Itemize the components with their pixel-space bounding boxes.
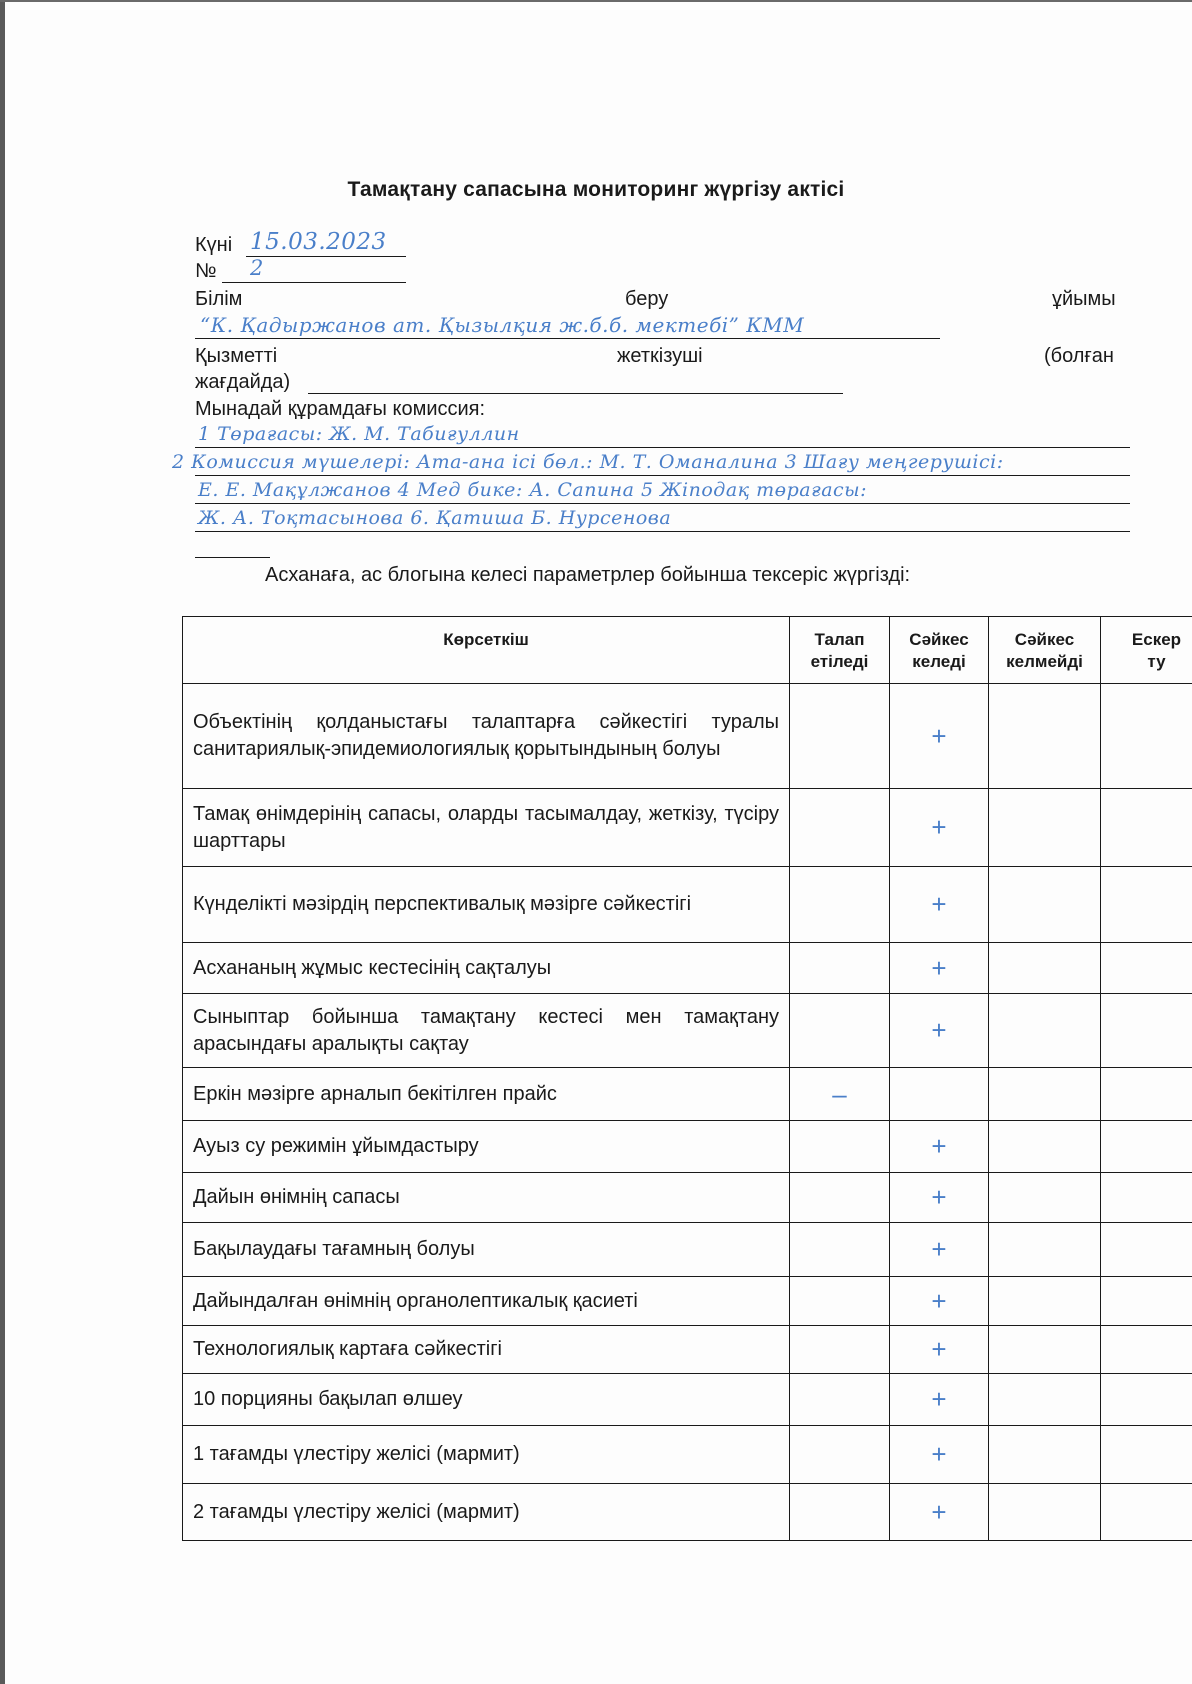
note-cell[interactable] — [1101, 1374, 1192, 1426]
date-underline — [246, 256, 406, 257]
required-cell[interactable] — [790, 1277, 890, 1326]
org-label-3: ұйымы — [1052, 287, 1116, 311]
scan-border-top — [0, 0, 1192, 2]
note-cell[interactable] — [1101, 943, 1192, 994]
complies-cell[interactable]: + — [890, 1121, 989, 1173]
number-value[interactable]: 2 — [250, 255, 264, 281]
commission-underline-3 — [195, 503, 1130, 504]
org-label-2: беру — [625, 287, 668, 311]
monitoring-table: Көрсеткіш Талапетіледі Сәйкескеледі Сәйк… — [182, 616, 1192, 1541]
indicator-cell: Объектінің қолданыстағы талаптарға сәйке… — [183, 684, 790, 789]
table-row: Бақылаудағы тағамның болуы+ — [183, 1223, 1192, 1277]
note-cell[interactable] — [1101, 1484, 1192, 1541]
indicator-cell: Күнделікті мәзірдің перспективалық мәзір… — [183, 867, 790, 943]
note-cell[interactable] — [1101, 1277, 1192, 1326]
required-cell[interactable] — [790, 1374, 890, 1426]
note-cell[interactable] — [1101, 867, 1192, 943]
table-row: Еркін мәзірге арналып бекітілген прайс– — [183, 1068, 1192, 1121]
note-cell[interactable] — [1101, 1173, 1192, 1223]
supplier-label-1: Қызметті — [195, 344, 277, 368]
table-row: 10 порцияны бақылап өлшеу+ — [183, 1374, 1192, 1426]
required-cell[interactable] — [790, 1121, 890, 1173]
table-row: Дайын өнімнің сапасы+ — [183, 1173, 1192, 1223]
org-underline — [195, 338, 940, 339]
indicator-cell: 1 тағамды үлестіру желісі (мармит) — [183, 1426, 790, 1484]
table-row: Ауыз су режимін ұйымдастыру+ — [183, 1121, 1192, 1173]
indicator-cell: 2 тағамды үлестіру желісі (мармит) — [183, 1484, 790, 1541]
complies-cell[interactable]: + — [890, 1326, 989, 1374]
table-row: Күнделікті мәзірдің перспективалық мәзір… — [183, 867, 1192, 943]
complies-cell[interactable]: + — [890, 1223, 989, 1277]
indicator-cell: Ауыз су режимін ұйымдастыру — [183, 1121, 790, 1173]
table-row: Технологиялық картаға сәйкестігі+ — [183, 1326, 1192, 1374]
supplier-label-3: (болған — [1044, 344, 1114, 368]
table-row: Асхананың жұмыс кестесінің сақталуы+ — [183, 943, 1192, 994]
required-cell[interactable]: – — [790, 1068, 890, 1121]
complies-cell[interactable]: + — [890, 1173, 989, 1223]
indicator-cell: Еркін мәзірге арналып бекітілген прайс — [183, 1068, 790, 1121]
not-complies-cell[interactable] — [989, 1277, 1101, 1326]
supplier-label-cont: жағдайда) — [195, 370, 290, 394]
table-row: Сыныптар бойынша тамақтану кестесі мен т… — [183, 994, 1192, 1068]
required-cell[interactable] — [790, 1484, 890, 1541]
not-complies-cell[interactable] — [989, 1223, 1101, 1277]
commission-line-1[interactable]: 1 Төрағасы: Ж. М. Табиғуллин — [198, 421, 520, 447]
note-cell[interactable] — [1101, 1068, 1192, 1121]
complies-cell[interactable]: + — [890, 1426, 989, 1484]
note-cell[interactable] — [1101, 1223, 1192, 1277]
table-row: Объектінің қолданыстағы талаптарға сәйке… — [183, 684, 1192, 789]
complies-cell[interactable]: + — [890, 789, 989, 867]
note-cell[interactable] — [1101, 684, 1192, 789]
not-complies-cell[interactable] — [989, 684, 1101, 789]
supplier-label-2: жеткізуші — [617, 344, 703, 368]
complies-cell[interactable]: + — [890, 1277, 989, 1326]
number-label: № — [195, 259, 216, 283]
supplier-underline — [308, 393, 843, 394]
not-complies-cell[interactable] — [989, 1326, 1101, 1374]
not-complies-cell[interactable] — [989, 1484, 1101, 1541]
complies-cell[interactable] — [890, 1068, 989, 1121]
commission-label: Мынадай құрамдағы комиссия: — [195, 397, 485, 421]
not-complies-cell[interactable] — [989, 1426, 1101, 1484]
not-complies-cell[interactable] — [989, 1374, 1101, 1426]
note-cell[interactable] — [1101, 789, 1192, 867]
note-cell[interactable] — [1101, 1426, 1192, 1484]
date-value[interactable]: 15.03.2023 — [250, 229, 387, 255]
org-label-1: Білім — [195, 287, 242, 311]
complies-cell[interactable]: + — [890, 867, 989, 943]
indicator-cell: Асхананың жұмыс кестесінің сақталуы — [183, 943, 790, 994]
note-cell[interactable] — [1101, 1121, 1192, 1173]
complies-cell[interactable]: + — [890, 1484, 989, 1541]
scan-border-left — [0, 0, 5, 1684]
commission-line-3[interactable]: Е. Е. Мақұлжанов 4 Мед бике: А. Сапина 5… — [198, 477, 867, 503]
indicator-cell: Технологиялық картаға сәйкестігі — [183, 1326, 790, 1374]
table-header-row: Көрсеткіш Талапетіледі Сәйкескеледі Сәйк… — [183, 617, 1192, 684]
number-underline — [222, 282, 406, 283]
table-row: 1 тағамды үлестіру желісі (мармит)+ — [183, 1426, 1192, 1484]
header-required: Талапетіледі — [790, 617, 890, 684]
commission-underline-short — [195, 557, 270, 558]
not-complies-cell[interactable] — [989, 943, 1101, 994]
required-cell[interactable] — [790, 867, 890, 943]
commission-line-2[interactable]: 2 Комиссия мүшелері: Ата-ана ісі бөл.: М… — [172, 449, 1004, 475]
header-indicator: Көрсеткіш — [183, 617, 790, 684]
header-complies: Сәйкескеледі — [890, 617, 989, 684]
commission-underline-4 — [195, 531, 1130, 532]
required-cell[interactable] — [790, 994, 890, 1068]
indicator-cell: Сыныптар бойынша тамақтану кестесі мен т… — [183, 994, 790, 1068]
required-cell[interactable] — [790, 1326, 890, 1374]
document-title: Тамақтану сапасына мониторинг жүргізу ак… — [0, 178, 1192, 202]
note-cell[interactable] — [1101, 994, 1192, 1068]
org-value[interactable]: “К. Қадыржанов ат. Қызылқия ж.б.б. мекте… — [200, 312, 804, 338]
header-not-complies: Сәйкескелмейді — [989, 617, 1101, 684]
complies-cell[interactable]: + — [890, 943, 989, 994]
not-complies-cell[interactable] — [989, 1173, 1101, 1223]
required-cell[interactable] — [790, 943, 890, 994]
note-cell[interactable] — [1101, 1326, 1192, 1374]
required-cell[interactable] — [790, 1426, 890, 1484]
required-cell[interactable] — [790, 1223, 890, 1277]
not-complies-cell[interactable] — [989, 789, 1101, 867]
required-cell[interactable] — [790, 1173, 890, 1223]
indicator-cell: 10 порцияны бақылап өлшеу — [183, 1374, 790, 1426]
date-label: Күні — [195, 233, 232, 257]
not-complies-cell[interactable] — [989, 1121, 1101, 1173]
indicator-cell: Бақылаудағы тағамның болуы — [183, 1223, 790, 1277]
indicator-cell: Тамақ өнімдерінің сапасы, оларды тасымал… — [183, 789, 790, 867]
commission-line-4[interactable]: Ж. А. Тоқтасынова 6. Қатиша Б. Нурсенова — [198, 505, 671, 531]
header-note: Ескерту — [1101, 617, 1192, 684]
indicator-cell: Дайындалған өнімнің органолептикалық қас… — [183, 1277, 790, 1326]
not-complies-cell[interactable] — [989, 867, 1101, 943]
commission-underline-2 — [195, 475, 1130, 476]
table-row: Дайындалған өнімнің органолептикалық қас… — [183, 1277, 1192, 1326]
required-cell[interactable] — [790, 789, 890, 867]
intro-text: Асханаға, ас блогына келесі параметрлер … — [265, 563, 910, 587]
complies-cell[interactable]: + — [890, 684, 989, 789]
complies-cell[interactable]: + — [890, 994, 989, 1068]
not-complies-cell[interactable] — [989, 1068, 1101, 1121]
indicator-cell: Дайын өнімнің сапасы — [183, 1173, 790, 1223]
complies-cell[interactable]: + — [890, 1374, 989, 1426]
table-row: 2 тағамды үлестіру желісі (мармит)+ — [183, 1484, 1192, 1541]
required-cell[interactable] — [790, 684, 890, 789]
table-row: Тамақ өнімдерінің сапасы, оларды тасымал… — [183, 789, 1192, 867]
commission-underline-1 — [195, 447, 1130, 448]
not-complies-cell[interactable] — [989, 994, 1101, 1068]
